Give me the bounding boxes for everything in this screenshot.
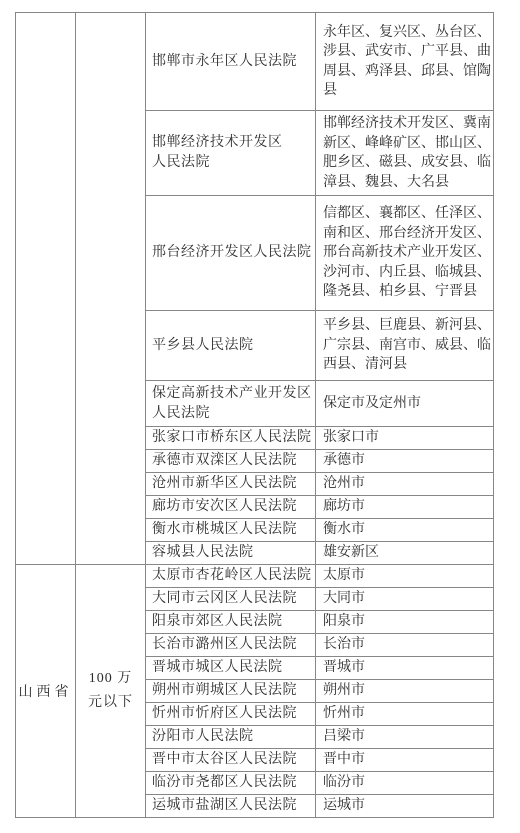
jurisdiction-cell: 太原市 <box>316 565 494 588</box>
court-cell: 邯郸市永年区人民法院 <box>146 13 316 111</box>
court-cell: 大同市云冈区人民法院 <box>146 588 316 611</box>
province-cell <box>16 13 76 565</box>
court-cell: 张家口市桥东区人民法院 <box>146 427 316 450</box>
court-cell: 忻州市忻府区人民法院 <box>146 703 316 726</box>
jurisdiction-cell: 保定市及定州市 <box>316 381 494 427</box>
jurisdiction-cell: 平乡县、巨鹿县、新河县、广宗县、南宫市、威县、临西县、清河县 <box>316 311 494 381</box>
court-cell: 容城县人民法院 <box>146 542 316 565</box>
table-row: 山西省 100 万元以下 太原市杏花岭区人民法院 太原市 <box>16 565 494 588</box>
jurisdiction-cell: 晋城市 <box>316 657 494 680</box>
court-cell: 沧州市新华区人民法院 <box>146 473 316 496</box>
court-cell: 长治市潞州区人民法院 <box>146 634 316 657</box>
jurisdiction-cell: 沧州市 <box>316 473 494 496</box>
court-cell: 晋城市城区人民法院 <box>146 657 316 680</box>
court-cell: 阳泉市郊区人民法院 <box>146 611 316 634</box>
court-cell: 太原市杏花岭区人民法院 <box>146 565 316 588</box>
court-cell: 保定高新技术产业开发区 人民法院 <box>146 381 316 427</box>
jurisdiction-cell: 长治市 <box>316 634 494 657</box>
jurisdiction-cell: 朔州市 <box>316 680 494 703</box>
document-page: 邯郸市永年区人民法院 永年区、复兴区、丛台区、涉县、武安市、广平县、曲周县、鸡泽… <box>0 0 520 833</box>
jurisdiction-cell: 临汾市 <box>316 772 494 795</box>
amount-cell <box>76 13 146 565</box>
court-cell: 汾阳市人民法院 <box>146 726 316 749</box>
jurisdiction-cell: 廊坊市 <box>316 496 494 519</box>
court-cell: 承德市双滦区人民法院 <box>146 450 316 473</box>
amount-cell: 100 万元以下 <box>76 565 146 818</box>
jurisdiction-cell: 张家口市 <box>316 427 494 450</box>
court-cell: 衡水市桃城区人民法院 <box>146 519 316 542</box>
jurisdiction-cell: 永年区、复兴区、丛台区、涉县、武安市、广平县、曲周县、鸡泽县、邱县、馆陶县 <box>316 13 494 111</box>
court-cell: 平乡县人民法院 <box>146 311 316 381</box>
jurisdiction-cell: 雄安新区 <box>316 542 494 565</box>
jurisdiction-cell: 衡水市 <box>316 519 494 542</box>
section-shanxi: 山西省 100 万元以下 太原市杏花岭区人民法院 太原市 大同市云冈区人民法院 … <box>16 565 494 818</box>
court-cell: 朔州市朔城区人民法院 <box>146 680 316 703</box>
jurisdiction-cell: 信都区、襄都区、任泽区、南和区、邢台经济开发区、邢台高新技术产业开发区、沙河市、… <box>316 196 494 311</box>
jurisdiction-cell: 运城市 <box>316 795 494 818</box>
table-row: 邯郸市永年区人民法院 永年区、复兴区、丛台区、涉县、武安市、广平县、曲周县、鸡泽… <box>16 13 494 111</box>
section-hebei: 邯郸市永年区人民法院 永年区、复兴区、丛台区、涉县、武安市、广平县、曲周县、鸡泽… <box>16 13 494 565</box>
jurisdiction-table: 邯郸市永年区人民法院 永年区、复兴区、丛台区、涉县、武安市、广平县、曲周县、鸡泽… <box>15 12 494 818</box>
province-cell: 山西省 <box>16 565 76 818</box>
jurisdiction-cell: 承德市 <box>316 450 494 473</box>
court-cell: 晋中市太谷区人民法院 <box>146 749 316 772</box>
jurisdiction-cell: 阳泉市 <box>316 611 494 634</box>
court-cell: 临汾市尧都区人民法院 <box>146 772 316 795</box>
court-cell: 邯郸经济技术开发区 人民法院 <box>146 111 316 196</box>
jurisdiction-cell: 吕梁市 <box>316 726 494 749</box>
court-cell: 廊坊市安次区人民法院 <box>146 496 316 519</box>
court-cell: 运城市盐湖区人民法院 <box>146 795 316 818</box>
jurisdiction-cell: 大同市 <box>316 588 494 611</box>
jurisdiction-cell: 晋中市 <box>316 749 494 772</box>
jurisdiction-cell: 忻州市 <box>316 703 494 726</box>
jurisdiction-cell: 邯郸经济技术开发区、冀南新区、峰峰矿区、邯山区、肥乡区、磁县、成安县、临漳县、魏… <box>316 111 494 196</box>
court-cell: 邢台经济开发区人民法院 <box>146 196 316 311</box>
